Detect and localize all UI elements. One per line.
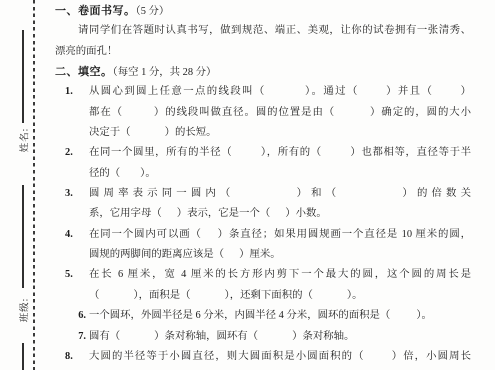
answer-blank[interactable] <box>322 153 350 155</box>
answer-blank[interactable] <box>313 296 347 298</box>
question-text: 从圆心到圆上任意一点的线段叫（ <box>89 86 266 97</box>
question-text: ）条直径；如果用圆规画一个直径是 10 厘米的圆， <box>217 229 471 240</box>
answer-blank[interactable] <box>258 337 292 339</box>
question-text: ），还剩下面积的（ <box>225 290 313 301</box>
question-text: 在同一个圆里，所有的半径（ <box>89 147 232 158</box>
answer-blank[interactable] <box>202 235 217 237</box>
answer-blank[interactable] <box>123 113 153 115</box>
question-text: ）表示，它是一个（ <box>177 208 271 219</box>
intro-line: 漂亮的面孔！ <box>55 42 471 62</box>
question-1-line-1: 1.从圆心到圆上任意一点的线段叫（）。通过（）并且（） <box>55 82 471 102</box>
question-text: ）厘米。 <box>239 249 281 260</box>
question-text: ）小数。 <box>285 208 327 219</box>
question-text: ）倍，小圆周长 <box>391 351 471 362</box>
question-number: 3. <box>65 184 86 204</box>
question-text: 一个圆环，外圆半径是 6 分米，内圆半径 4 分米，圆环的面积是（ <box>89 310 390 321</box>
answer-blank[interactable] <box>120 337 154 339</box>
answer-blank[interactable] <box>191 296 225 298</box>
section-score-note: （每空 1 分，共 28 分） <box>113 67 217 78</box>
answer-blank[interactable] <box>234 194 292 196</box>
question-1-line-2: 都在（）的线段叫做直径。圆的位置是由（）确定的，圆的大小 <box>55 103 471 123</box>
answer-blank[interactable] <box>270 214 285 216</box>
question-text: 系，它用字母（ <box>89 208 162 219</box>
question-text: ）的长短。 <box>165 127 217 138</box>
section-title: 二、填空。 <box>55 66 113 78</box>
name-write-line[interactable] <box>22 30 24 123</box>
question-text: 圆周率表示同一圆内（ <box>89 188 234 199</box>
question-2-line-2: 径的（）。 <box>55 164 471 184</box>
question-number: 6. <box>65 306 86 326</box>
question-text: （ <box>89 290 99 301</box>
question-text: ）条对称轴，圆环有（ <box>154 331 258 342</box>
question-text: 在长 6 厘米，宽 4 厘米的长方形内剪下一个最大的圆，这个圆的周长是 <box>89 269 471 280</box>
question-number: 5. <box>65 265 86 285</box>
question-text: 在同一个圆内可以画（ <box>89 229 202 240</box>
margin-write-line[interactable] <box>22 343 24 370</box>
answer-blank[interactable] <box>120 174 140 176</box>
question-2-line-1: 2.在同一个圆里，所有的半径（），所有的（）也都相等，直径等于半 <box>55 143 471 163</box>
answer-blank[interactable] <box>99 296 133 298</box>
answer-blank[interactable] <box>433 92 459 94</box>
content-area: 一、卷面书写。（5 分）请同学们在答题时认真书写，做到规范、端正、美观，让你的试… <box>55 1 471 367</box>
question-number: 8. <box>65 347 86 367</box>
question-text: ）确定的，圆的大小 <box>369 107 471 118</box>
question-4-line-1: 4.在同一个圆内可以画（）条直径；如果用圆规画一个直径是 10 厘米的圆， <box>55 225 471 245</box>
question-text: ） <box>459 86 471 97</box>
section-score-note: （5 分） <box>136 6 170 17</box>
question-5-line-1: 5.在长 6 厘米，宽 4 厘米的长方形内剪下一个最大的圆，这个圆的周长是 <box>55 265 471 285</box>
question-3-line-1: 3.圆周率表示同一圆内（）和（）的倍数关 <box>55 184 471 204</box>
question-number: 2. <box>65 143 86 163</box>
question-text: ）。 <box>347 290 363 301</box>
question-number: 7. <box>65 327 86 347</box>
section-heading: 二、填空。（每空 1 分，共 28 分） <box>55 62 471 82</box>
question-text: ），所有的（ <box>260 147 322 158</box>
question-text: ）和（ <box>292 188 340 199</box>
question-1-line-3: 决定于（）的长短。 <box>55 123 471 143</box>
class-write-line[interactable] <box>22 185 24 288</box>
answer-blank[interactable] <box>131 133 165 135</box>
question-number: 1. <box>65 82 86 102</box>
answer-blank[interactable] <box>340 194 398 196</box>
answer-blank[interactable] <box>162 214 177 216</box>
question-text: ）并且（ <box>385 86 434 97</box>
question-text: ）条对称轴。 <box>292 331 354 342</box>
answer-blank[interactable] <box>232 153 260 155</box>
question-text: 圆规的两脚间的距离应该是（ <box>89 249 224 260</box>
question-text: 漂亮的面孔！ <box>55 46 117 57</box>
class-label: 班级: <box>7 293 39 327</box>
answer-blank[interactable] <box>365 357 391 359</box>
section-heading: 一、卷面书写。（5 分） <box>55 1 471 21</box>
question-4-line-2: 圆规的两脚间的距离应该是（）厘米。 <box>55 245 471 265</box>
question-8-line-1: 8.大圆的半径等于小圆直径，则大圆面积是小圆面积的（）倍，小圆周长 <box>55 347 471 367</box>
question-3-line-2: 系，它用字母（）表示，它是一个（）小数。 <box>55 204 471 224</box>
question-text: ）。 <box>416 310 432 321</box>
answer-blank[interactable] <box>335 113 369 115</box>
question-text: 大圆的半径等于小圆直径，则大圆面积是小圆面积的（ <box>89 351 365 362</box>
intro-line: 请同学们在答题时认真书写，做到规范、端正、美观，让你的试卷拥有一张清秀、 <box>55 21 471 41</box>
question-7-line-1: 7.圆有（）条对称轴，圆环有（）条对称轴。 <box>55 327 471 347</box>
question-5-line-2: （），面积是（），还剩下面积的（）。 <box>55 286 471 306</box>
question-number: 4. <box>65 225 86 245</box>
question-text: 径的（ <box>89 168 120 179</box>
question-text: ）的倍数关 <box>398 188 471 199</box>
question-text: 请同学们在答题时认真书写，做到规范、端正、美观，让你的试卷拥有一张清秀、 <box>78 25 471 36</box>
answer-blank[interactable] <box>224 255 239 257</box>
question-text: ）。通过（ <box>304 86 359 97</box>
question-text: ）也都相等，直径等于半 <box>350 147 471 158</box>
answer-blank[interactable] <box>359 92 385 94</box>
question-text: 决定于（ <box>89 127 131 138</box>
answer-blank[interactable] <box>266 92 304 94</box>
section-title: 一、卷面书写。 <box>55 5 136 17</box>
question-6-line-1: 6.一个圆环，外圆半径是 6 分米，内圆半径 4 分米，圆环的面积是（）。 <box>55 306 471 326</box>
question-text: ）的线段叫做直径。圆的位置是由（ <box>153 107 335 118</box>
question-text: ），面积是（ <box>133 290 190 301</box>
name-label: 姓名: <box>7 124 39 156</box>
question-text: 都在（ <box>89 107 123 118</box>
answer-blank[interactable] <box>390 316 416 318</box>
question-text: ）。 <box>140 168 156 179</box>
question-text: 圆有（ <box>89 331 120 342</box>
